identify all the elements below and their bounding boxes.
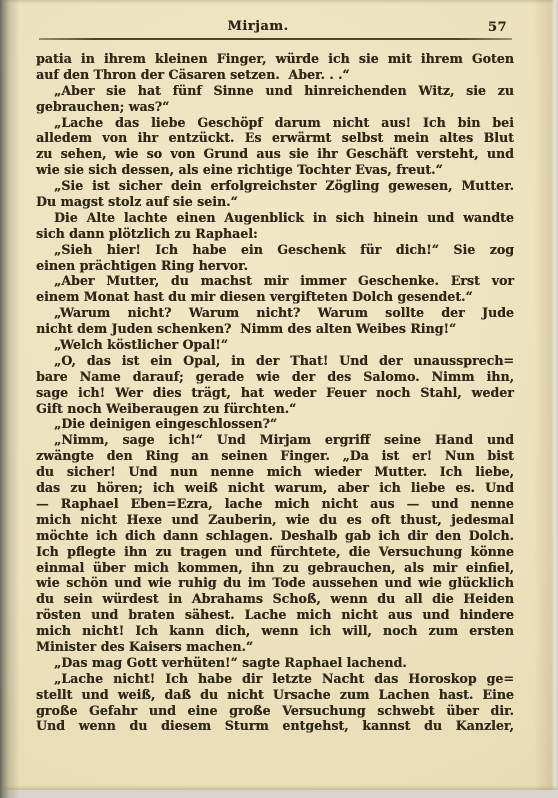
scanned-book-page: Mirjam. 57 patiainihremkleinenFinger,wür…	[0, 0, 558, 798]
text-line: stelltundweiß,daßdunichtUrsachezumLachen…	[36, 687, 514, 703]
text-line: sich dann plötzlich zu Raphael:	[36, 226, 514, 242]
text-line: wie sie sich dessen, als eine richtige T…	[36, 162, 514, 178]
text-line: alledemvonihrentzückt.Eserwärmtselbstmei…	[36, 130, 514, 146]
running-header: Mirjam. 57	[36, 19, 514, 34]
text-line: wieschönundwieruhigduimTodeaussehenundwi…	[36, 575, 514, 591]
text-line: zwängtedenRinganseinenFinger.„Daister!Nu…	[36, 448, 514, 464]
text-line: röstenundbratensähest.Lachemichnichtausu…	[36, 607, 514, 623]
text-line: „Die deinigen eingeschlossen?“	[36, 416, 514, 432]
header-rule	[39, 38, 512, 40]
text-line: „SieistsicherdeinerfolgreichsterZöglingg…	[36, 178, 514, 194]
text-line: einem Monat hast du mir diesen vergiftet…	[36, 289, 514, 305]
text-line: Du magst stolz auf sie sein.“	[36, 194, 514, 210]
page-top-edge-shadow	[0, 0, 558, 4]
page-number: 57	[488, 20, 507, 35]
text-line: „Warumnicht?Warumnicht?WarumsolltederJud…	[36, 305, 514, 321]
text-line: auf den Thron der Cäsaren setzen. Aber. …	[36, 67, 514, 83]
text-line: einen prächtigen Ring hervor.	[36, 258, 514, 274]
text-line: „Siehhier!IchhabeeinGeschenkfürdich!“Sie…	[36, 242, 514, 258]
text-line: Minister des Kaisers machen.“	[36, 639, 514, 655]
text-line: einmalübermichkommen,ihnzugebrauchen,als…	[36, 560, 514, 576]
text-line: „AbersiehatfünfSinneundhinreichendenWitz…	[36, 83, 514, 99]
running-header-title: Mirjam.	[227, 19, 288, 34]
page-right-edge-shadow	[534, 0, 558, 791]
text-line: michnicht!Ichkanndich,wennichwill,nochzu…	[36, 623, 514, 639]
page-bottom-edge	[0, 790, 558, 798]
text-line: zusehen,wiesovonGrundaussieihrGeschäftve…	[36, 146, 514, 162]
text-line: „Das mag Gott verhüten!“ sagte Raphael l…	[36, 655, 514, 671]
text-line: bareNamedarauf;geradewiederdesSalomo.Nim…	[36, 369, 514, 385]
text-line: sageich!Werdiesträgt,hatwederFeuernochSt…	[36, 385, 514, 401]
text-line: großeGefahrundeinegroßeVersuchungschwebt…	[36, 703, 514, 719]
text-line: gebrauchen; was?“	[36, 99, 514, 115]
text-line: patiainihremkleinenFinger,würdeichsiemit…	[36, 51, 514, 67]
text-line: „Lachenicht!IchhabedirletzteNachtdasHoro…	[36, 671, 514, 687]
text-line: DieAltelachteeinenAugenblickinsichhinein…	[36, 210, 514, 226]
body-text: patiainihremkleinenFinger,würdeichsiemit…	[36, 51, 514, 734]
text-line: dusicher!UndnunnennemichwiederMutter.Ich…	[36, 464, 514, 480]
text-line: daszuhören;ichweißnichtwarum,aberichlieb…	[36, 480, 514, 496]
text-line: „Welch köstlicher Opal!“	[36, 337, 514, 353]
text-line: —RaphaelEben=Ezra,lachemichnichtaus—undn…	[36, 496, 514, 512]
text-line: duseinwürdestinAbrahamsSchoß,wenndualldi…	[36, 591, 514, 607]
text-line: „LachedasliebeGeschöpfdarumnichtaus!Ichb…	[36, 115, 514, 131]
text-line: „Nimm,sageich!“UndMirjamergriffseineHand…	[36, 432, 514, 448]
text-line: Ichpflegteihnzutragenundfürchtete,dieVer…	[36, 544, 514, 560]
text-line: UndwenndudiesemSturmentgehst,kannstduKan…	[36, 718, 514, 734]
text-line: michnichtHexeundZauberin,wieduesoftthust…	[36, 512, 514, 528]
page-left-edge-shadow	[0, 0, 20, 798]
text-line: „AberMutter,dumachstmirimmerGeschenke.Er…	[36, 273, 514, 289]
text-line: nicht dem Juden schenken? Nimm des alten…	[36, 321, 514, 337]
text-line: „O,dasisteinOpal,inderThat!Undderunaussp…	[36, 353, 514, 369]
text-line: möchteichdichdannschlagen.Deshalbgabichd…	[36, 528, 514, 544]
text-line: Gift noch Weiberaugen zu fürchten.“	[36, 401, 514, 417]
